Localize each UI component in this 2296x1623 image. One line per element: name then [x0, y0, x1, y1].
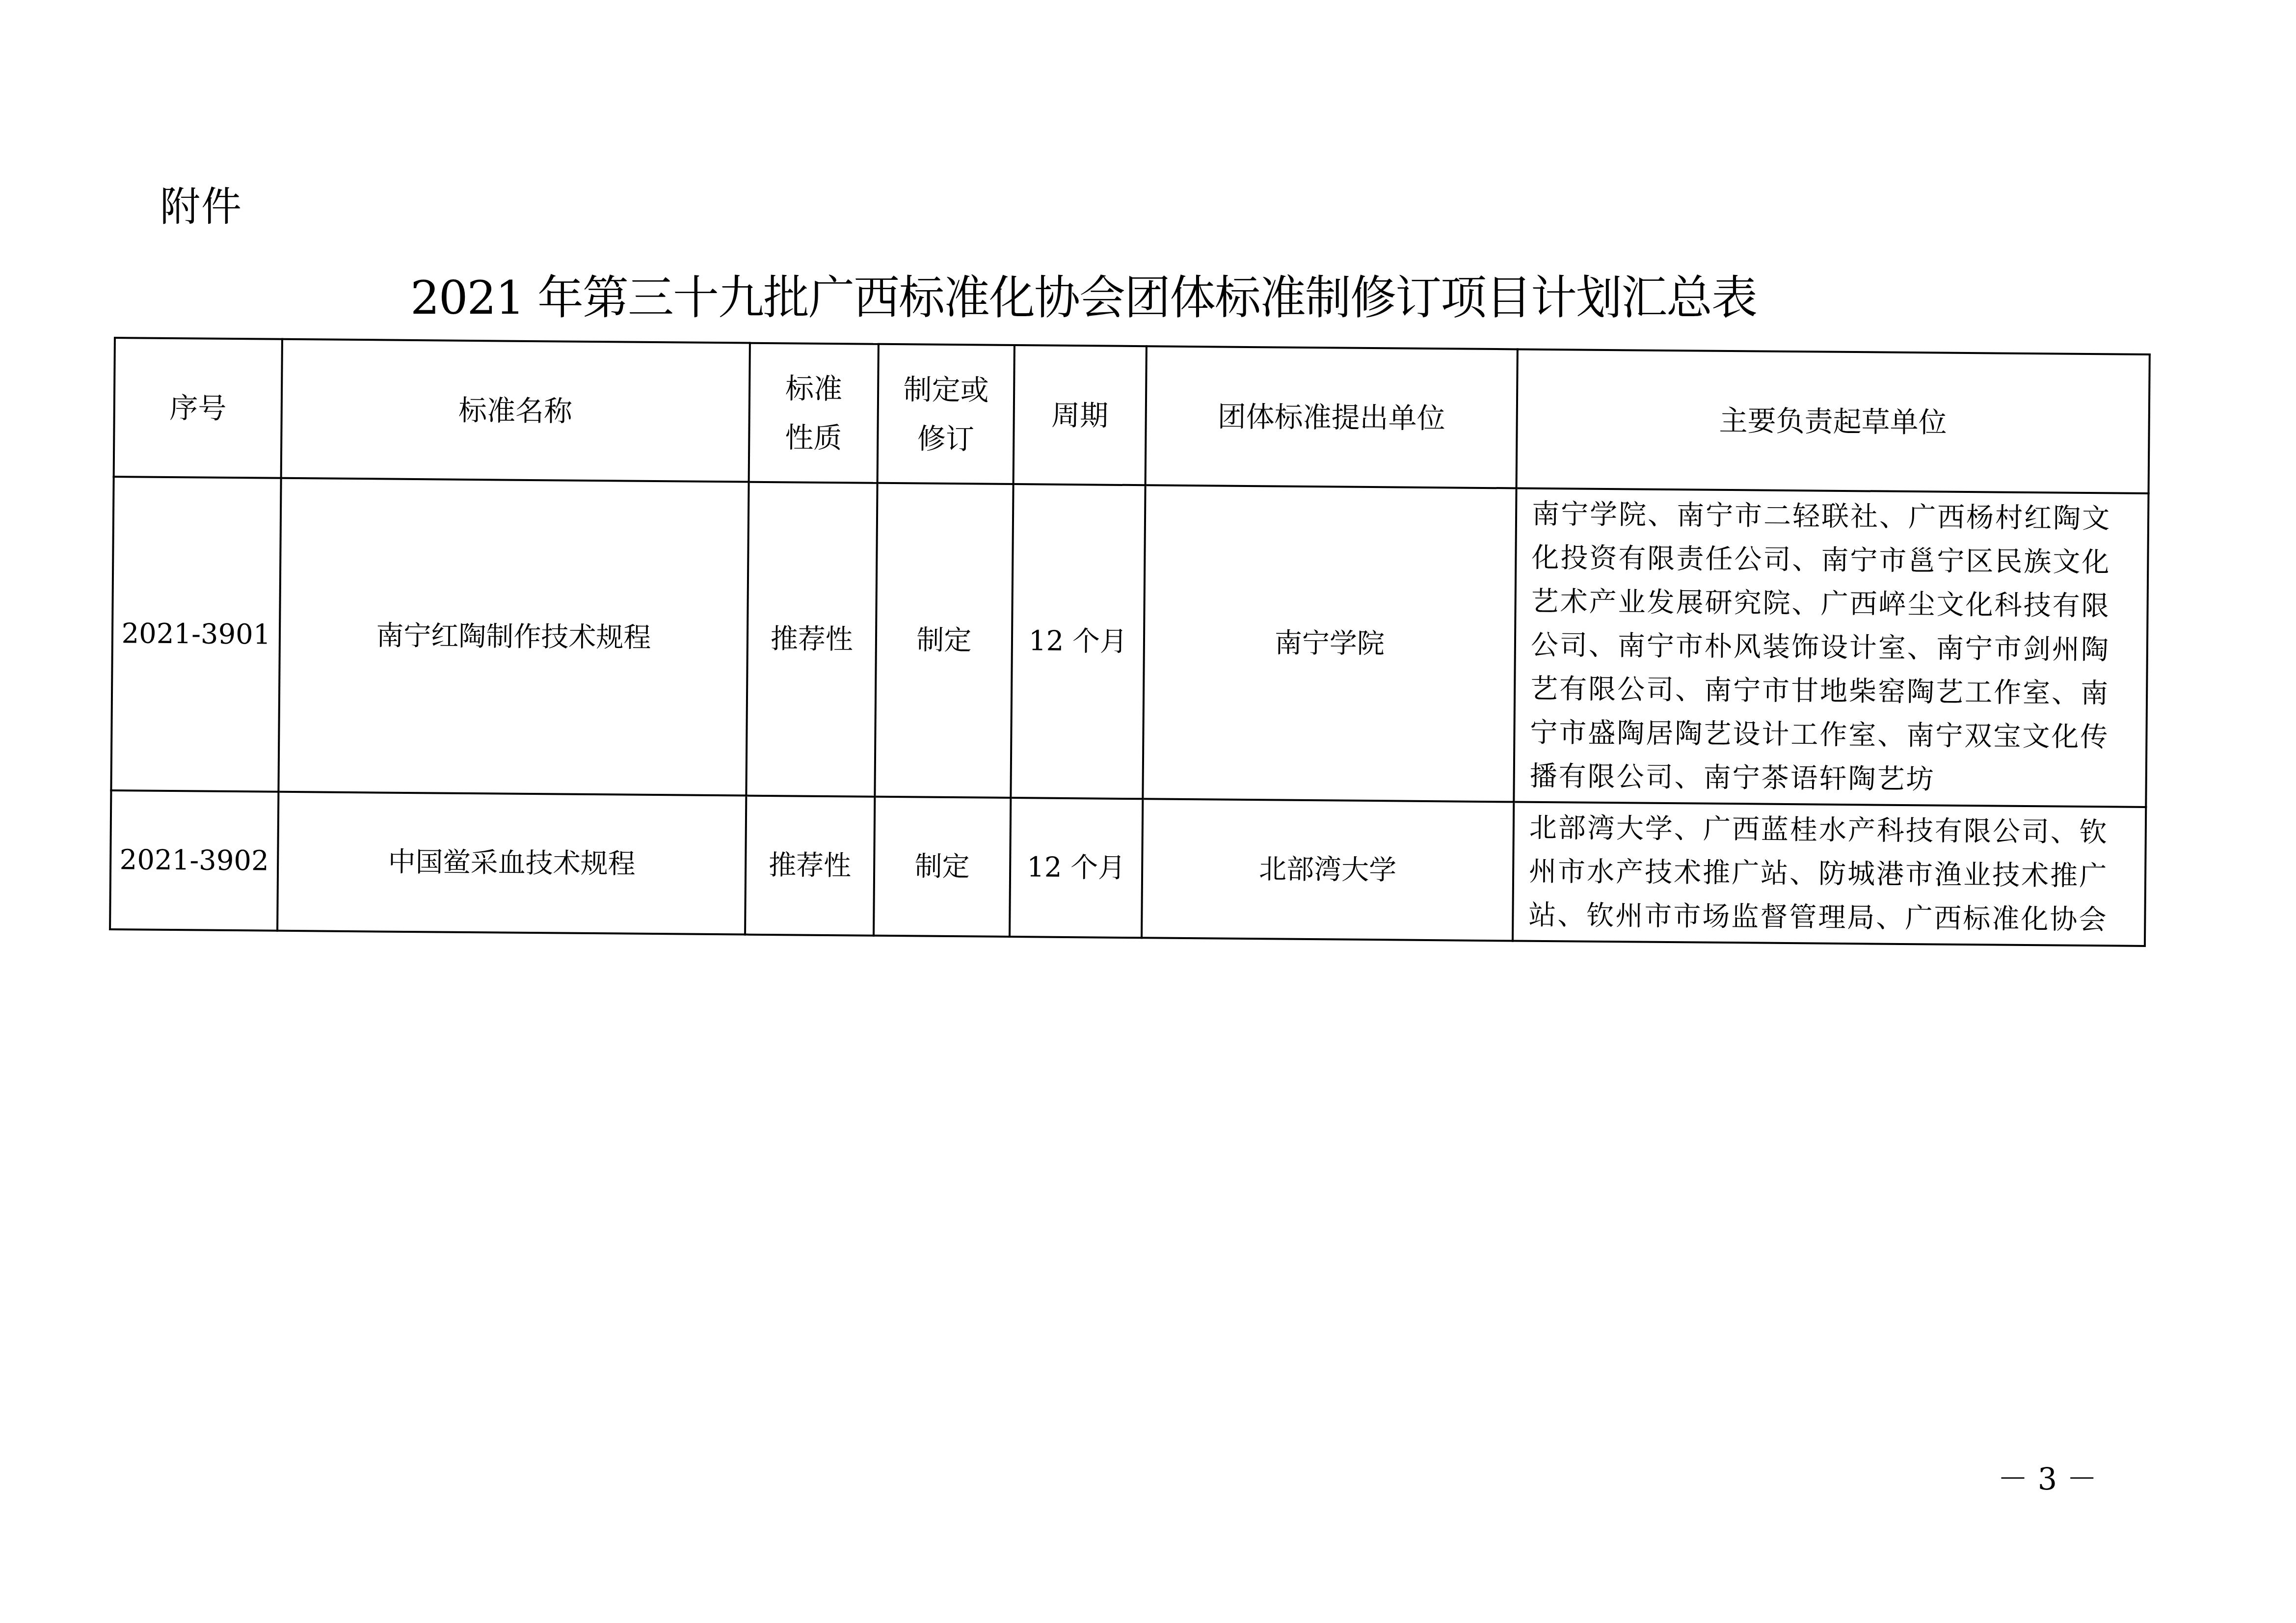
header-serial: 序号	[114, 338, 282, 478]
cell-standard-nature: 推荐性	[745, 796, 875, 936]
header-drafting-units: 主要负责起草单位	[1517, 349, 2150, 493]
header-formulate-or-revise-line1: 制定或	[879, 364, 1014, 414]
cell-period: 12 个月	[1011, 484, 1145, 799]
header-standard-nature-line1: 标准	[750, 363, 878, 413]
cell-proposing-unit: 北部湾大学	[1142, 799, 1514, 941]
page-number: － 3 －	[1998, 1462, 2097, 1496]
cell-standard-name: 南宁红陶制作技术规程	[278, 478, 748, 796]
table-header-row: 序号 标准名称 标准 性质 制定或 修订 周期 团体标准提出单位 主要负责起草单…	[114, 338, 2150, 493]
standards-plan-table-wrapper: 序号 标准名称 标准 性质 制定或 修订 周期 团体标准提出单位 主要负责起草单…	[109, 337, 2149, 921]
table-row: 2021-3901 南宁红陶制作技术规程 推荐性 制定 12 个月 南宁学院 南…	[111, 477, 2148, 807]
cell-formulate-or-revise: 制定	[874, 797, 1011, 937]
header-proposing-unit: 团体标准提出单位	[1146, 346, 1518, 488]
header-formulate-or-revise-line2: 修订	[879, 413, 1013, 463]
cell-formulate-or-revise: 制定	[875, 483, 1013, 798]
cell-serial: 2021-3902	[110, 790, 278, 931]
cell-period: 12 个月	[1010, 798, 1143, 938]
header-period: 周期	[1014, 345, 1147, 485]
cell-drafting-units: 南宁学院、南宁市二轻联社、广西杨村红陶文化投资有限责任公司、南宁市邕宁区民族文化…	[1514, 488, 2148, 807]
header-standard-name: 标准名称	[281, 339, 750, 482]
cell-standard-nature: 推荐性	[746, 482, 877, 797]
cell-standard-name: 中国鲎采血技术规程	[277, 792, 746, 935]
header-formulate-or-revise: 制定或 修订	[878, 344, 1015, 484]
attachment-label: 附件	[160, 183, 242, 232]
standards-plan-table: 序号 标准名称 标准 性质 制定或 修订 周期 团体标准提出单位 主要负责起草单…	[109, 337, 2151, 947]
cell-proposing-unit: 南宁学院	[1143, 485, 1516, 802]
document-title: 2021 年第三十九批广西标准化协会团体标准制修订项目计划汇总表	[410, 269, 1883, 328]
cell-serial: 2021-3901	[111, 477, 281, 792]
cell-drafting-units: 北部湾大学、广西蓝桂水产科技有限公司、钦州市水产技术推广站、防城港市渔业技术推广…	[1513, 802, 2146, 946]
table-row: 2021-3902 中国鲎采血技术规程 推荐性 制定 12 个月 北部湾大学 北…	[110, 790, 2146, 946]
header-standard-nature: 标准 性质	[749, 343, 879, 483]
header-standard-nature-line2: 性质	[750, 412, 877, 462]
